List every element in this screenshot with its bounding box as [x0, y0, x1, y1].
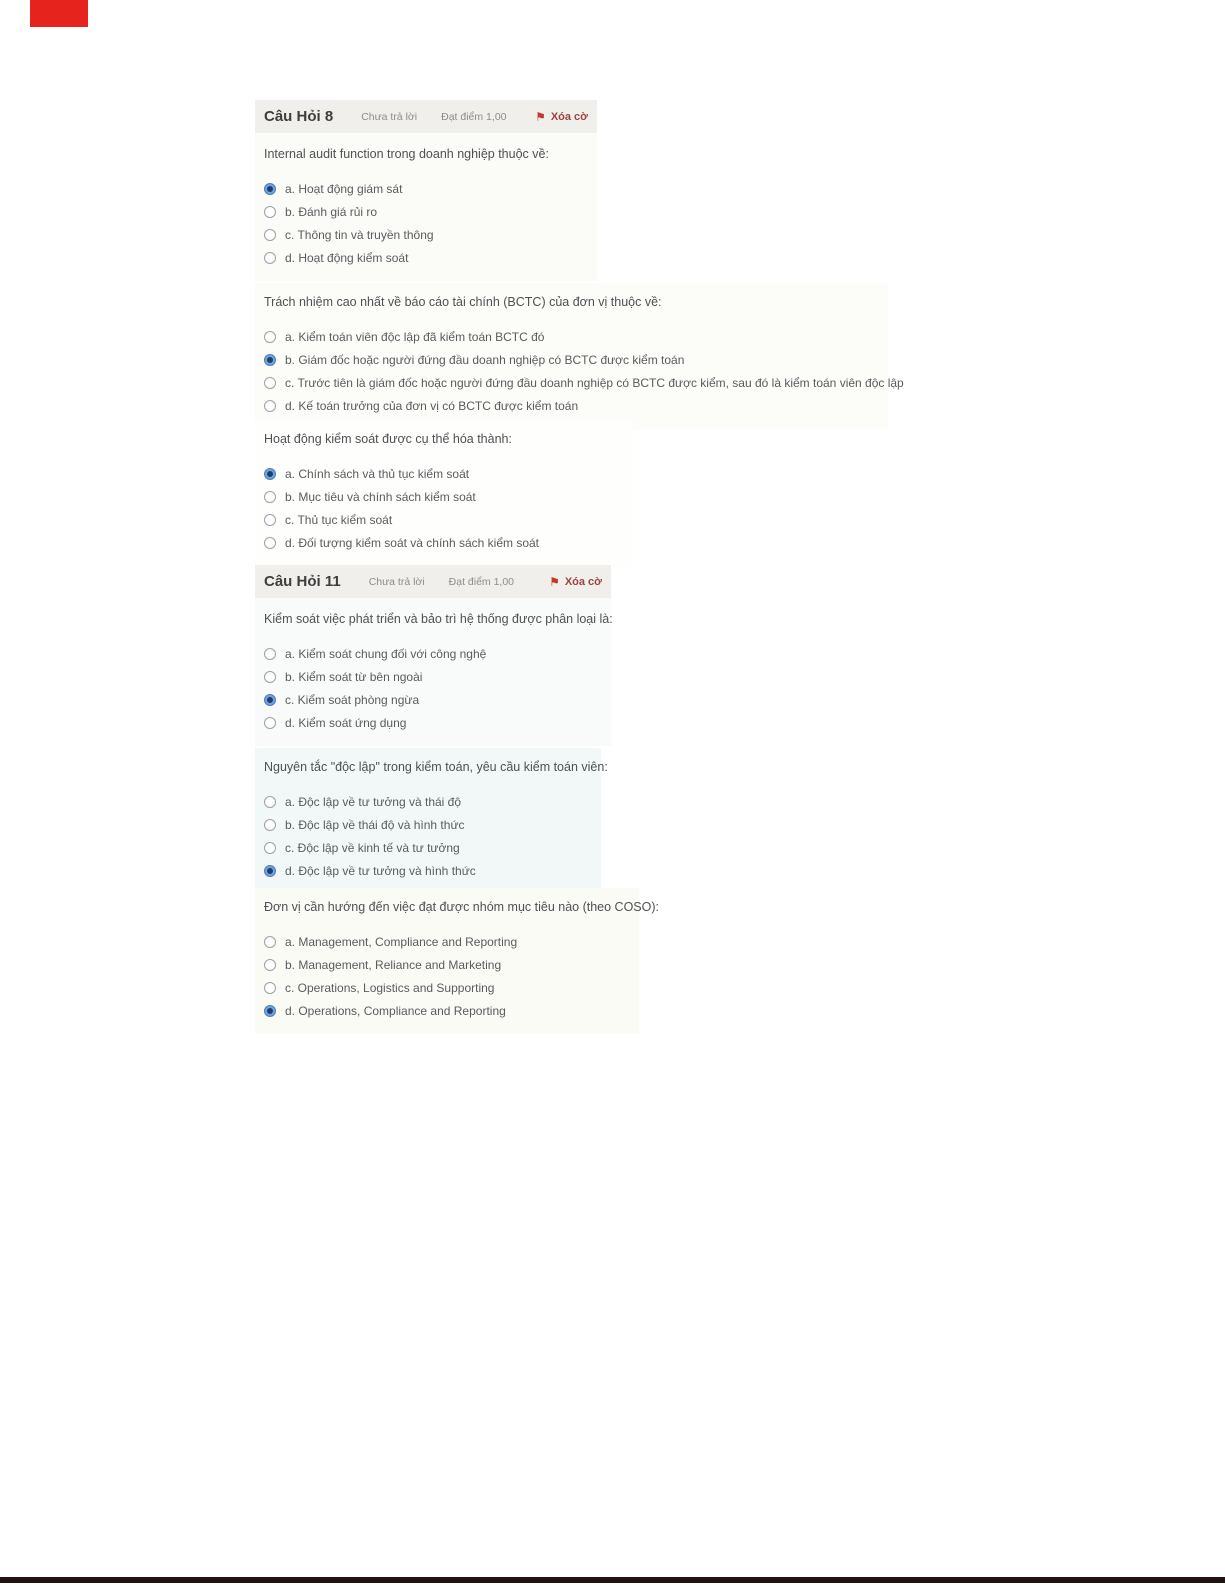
remove-flag-button[interactable]: ⚑ Xóa cờ — [549, 576, 602, 588]
answer-option-label: b. Độc lập về thái độ và hình thức — [285, 818, 464, 832]
radio-button[interactable] — [264, 491, 276, 503]
answer-option-label: a. Kiểm toán viên độc lập đã kiểm toán B… — [285, 330, 544, 344]
radio-button[interactable] — [264, 206, 276, 218]
question-header: Câu Hỏi 11 Chưa trả lời Đạt điểm 1,00 ⚑ … — [255, 565, 611, 598]
red-marker-artifact — [30, 0, 88, 27]
answer-option-label: c. Độc lập về kinh tế và tư tưởng — [285, 841, 460, 855]
answer-option-label: d. Kiểm soát ứng dụng — [285, 716, 406, 730]
question-body: Internal audit function trong doanh nghi… — [255, 133, 597, 281]
flag-icon: ⚑ — [549, 576, 560, 588]
answer-option[interactable]: c. Operations, Logistics and Supporting — [264, 976, 629, 999]
answer-option-label: d. Kế toán trưởng của đơn vị có BCTC đượ… — [285, 399, 578, 413]
quiz-page: Câu Hỏi 8 Chưa trả lời Đạt điểm 1,00 ⚑ X… — [0, 0, 1225, 1585]
radio-button[interactable] — [264, 796, 276, 808]
page-bottom-border — [0, 1577, 1225, 1583]
answer-option[interactable]: a. Kiểm soát chung đối với công nghệ — [264, 642, 601, 665]
answer-option[interactable]: b. Management, Reliance and Marketing — [264, 953, 629, 976]
answer-option[interactable]: c. Kiểm soát phòng ngừa — [264, 688, 601, 711]
answer-option-label: b. Mục tiêu và chính sách kiểm soát — [285, 490, 476, 504]
answer-option[interactable]: b. Kiểm soát từ bên ngoài — [264, 665, 601, 688]
radio-button[interactable] — [264, 959, 276, 971]
radio-button[interactable] — [264, 819, 276, 831]
answer-option-label: d. Hoạt động kiểm soát — [285, 251, 408, 265]
answer-option[interactable]: d. Operations, Compliance and Reporting — [264, 999, 629, 1022]
question-text: Đơn vị cần hướng đến việc đạt được nhóm … — [264, 900, 629, 914]
question-block-control-activities: Hoạt động kiểm soát được cụ thể hóa thàn… — [255, 420, 633, 566]
answer-option[interactable]: c. Độc lập về kinh tế và tư tưởng — [264, 836, 591, 859]
radio-button[interactable] — [264, 377, 276, 389]
radio-button[interactable] — [264, 717, 276, 729]
radio-button[interactable] — [264, 400, 276, 412]
question-body: Hoạt động kiểm soát được cụ thể hóa thàn… — [255, 420, 633, 566]
question-block-8: Câu Hỏi 8 Chưa trả lời Đạt điểm 1,00 ⚑ X… — [255, 100, 597, 281]
answer-option-label: a. Hoạt động giám sát — [285, 182, 402, 196]
answer-option[interactable]: d. Đối tượng kiểm soát và chính sách kiể… — [264, 531, 623, 554]
radio-button[interactable] — [264, 514, 276, 526]
answer-option[interactable]: a. Chính sách và thủ tục kiểm soát — [264, 462, 623, 485]
question-text: Nguyên tắc "độc lập" trong kiểm toán, yê… — [264, 760, 591, 774]
answer-option[interactable]: c. Thủ tục kiểm soát — [264, 508, 623, 531]
radio-button[interactable] — [264, 648, 276, 660]
answer-option-label: c. Kiểm soát phòng ngừa — [285, 693, 419, 707]
answer-option-label: d. Operations, Compliance and Reporting — [285, 1004, 506, 1018]
answer-option[interactable]: a. Kiểm toán viên độc lập đã kiểm toán B… — [264, 325, 878, 348]
answer-option-label: d. Độc lập về tư tưởng và hình thức — [285, 864, 476, 878]
answer-option-label: a. Kiểm soát chung đối với công nghệ — [285, 647, 486, 661]
radio-button[interactable] — [264, 671, 276, 683]
remove-flag-label: Xóa cờ — [551, 111, 588, 123]
answer-option-label: b. Đánh giá rủi ro — [285, 205, 377, 219]
question-block-11: Câu Hỏi 11 Chưa trả lời Đạt điểm 1,00 ⚑ … — [255, 565, 611, 746]
radio-button[interactable] — [264, 229, 276, 241]
radio-button[interactable] — [264, 865, 276, 877]
question-points: Đạt điểm 1,00 — [449, 576, 514, 588]
answer-option[interactable]: a. Management, Compliance and Reporting — [264, 930, 629, 953]
answer-option-label: a. Chính sách và thủ tục kiểm soát — [285, 467, 469, 481]
radio-button[interactable] — [264, 183, 276, 195]
question-text: Kiểm soát việc phát triển và bảo trì hệ … — [264, 612, 601, 626]
answer-option[interactable]: b. Đánh giá rủi ro — [264, 200, 587, 223]
question-number: Câu Hỏi 11 — [264, 573, 341, 590]
question-block-bctc: Trách nhiệm cao nhất về báo cáo tài chín… — [255, 283, 888, 429]
question-block-independence: Nguyên tắc "độc lập" trong kiểm toán, yê… — [255, 748, 601, 894]
answer-option-label: b. Giám đốc hoặc người đứng đầu doanh ng… — [285, 353, 684, 367]
radio-button[interactable] — [264, 537, 276, 549]
answer-option[interactable]: b. Mục tiêu và chính sách kiểm soát — [264, 485, 623, 508]
question-body: Kiểm soát việc phát triển và bảo trì hệ … — [255, 598, 611, 746]
answer-option[interactable]: c. Trước tiên là giám đốc hoặc người đứn… — [264, 371, 878, 394]
radio-button[interactable] — [264, 936, 276, 948]
question-body: Trách nhiệm cao nhất về báo cáo tài chín… — [255, 283, 888, 429]
answer-option-label: a. Độc lập về tư tưởng và thái độ — [285, 795, 461, 809]
answer-option[interactable]: c. Thông tin và truyền thông — [264, 223, 587, 246]
radio-button[interactable] — [264, 468, 276, 480]
answer-option-label: b. Kiểm soát từ bên ngoài — [285, 670, 422, 684]
answer-option-label: d. Đối tượng kiểm soát và chính sách kiể… — [285, 536, 539, 550]
question-header: Câu Hỏi 8 Chưa trả lời Đạt điểm 1,00 ⚑ X… — [255, 100, 597, 133]
answer-option[interactable]: d. Kiểm soát ứng dụng — [264, 711, 601, 734]
question-block-coso: Đơn vị cần hướng đến việc đạt được nhóm … — [255, 888, 639, 1034]
radio-button[interactable] — [264, 331, 276, 343]
radio-button[interactable] — [264, 354, 276, 366]
question-points: Đạt điểm 1,00 — [441, 111, 506, 123]
answer-option-label: b. Management, Reliance and Marketing — [285, 958, 501, 972]
question-text: Trách nhiệm cao nhất về báo cáo tài chín… — [264, 295, 878, 309]
question-status: Chưa trả lời — [369, 576, 425, 588]
answer-option[interactable]: b. Giám đốc hoặc người đứng đầu doanh ng… — [264, 348, 878, 371]
answer-option[interactable]: a. Độc lập về tư tưởng và thái độ — [264, 790, 591, 813]
answer-option[interactable]: a. Hoạt động giám sát — [264, 177, 587, 200]
answer-option-label: c. Trước tiên là giám đốc hoặc người đứn… — [285, 376, 904, 390]
question-text: Hoạt động kiểm soát được cụ thể hóa thàn… — [264, 432, 623, 446]
answer-option[interactable]: b. Độc lập về thái độ và hình thức — [264, 813, 591, 836]
answer-option-label: c. Thủ tục kiểm soát — [285, 513, 392, 527]
answer-option[interactable]: d. Hoạt động kiểm soát — [264, 246, 587, 269]
answer-option-label: c. Thông tin và truyền thông — [285, 228, 434, 242]
radio-button[interactable] — [264, 694, 276, 706]
remove-flag-label: Xóa cờ — [565, 576, 602, 588]
question-body: Nguyên tắc "độc lập" trong kiểm toán, yê… — [255, 748, 601, 894]
question-status: Chưa trả lời — [361, 111, 417, 123]
answer-option[interactable]: d. Kế toán trưởng của đơn vị có BCTC đượ… — [264, 394, 878, 417]
flag-icon: ⚑ — [535, 111, 546, 123]
question-number: Câu Hỏi 8 — [264, 108, 333, 125]
question-body: Đơn vị cần hướng đến việc đạt được nhóm … — [255, 888, 639, 1034]
radio-button[interactable] — [264, 842, 276, 854]
answer-option-label: a. Management, Compliance and Reporting — [285, 935, 517, 949]
radio-button[interactable] — [264, 1005, 276, 1017]
remove-flag-button[interactable]: ⚑ Xóa cờ — [535, 111, 588, 123]
answer-option-label: c. Operations, Logistics and Supporting — [285, 981, 494, 995]
question-text: Internal audit function trong doanh nghi… — [264, 147, 587, 161]
radio-button[interactable] — [264, 252, 276, 264]
answer-option[interactable]: d. Độc lập về tư tưởng và hình thức — [264, 859, 591, 882]
radio-button[interactable] — [264, 982, 276, 994]
